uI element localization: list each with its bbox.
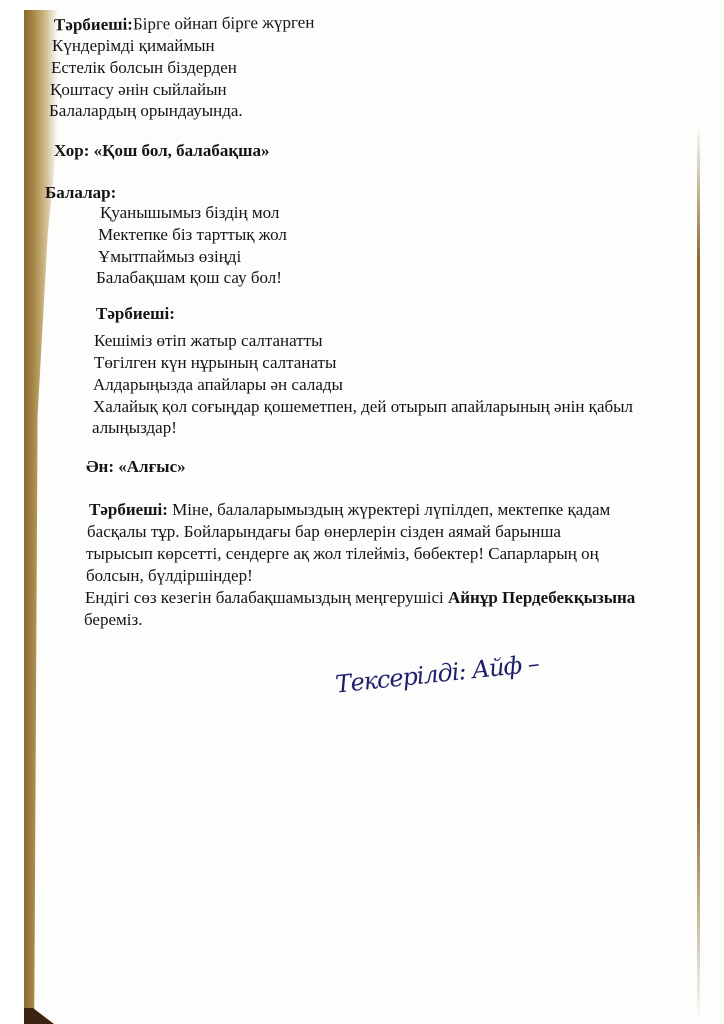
paragraph-line: Ендігі сөз кезегін балабақшамыздың меңге… — [85, 588, 635, 608]
verse-line: Тәрбиеші:Бірге ойнап бірге жүрген — [54, 13, 315, 36]
speaker-label: Тәрбиеші: — [96, 304, 175, 324]
verse-line: Ұмытпаймыз өзіңді — [98, 247, 241, 267]
chorus-heading: Хор: «Қош бол, балабақша» — [54, 141, 269, 161]
paragraph-line: береміз. — [84, 610, 142, 630]
verse-line: Қуанышымыз біздің мол — [100, 203, 279, 223]
paragraph-line: тырысып көрсетті, сендерге ақ жол тілейм… — [86, 544, 599, 564]
person-name: Айнұр Пердебекқызына — [448, 588, 635, 607]
page-edge-line — [697, 125, 700, 1020]
binding-corner — [24, 1008, 54, 1024]
paragraph-line: басқалы тұр. Бойларындағы бар өнерлерін … — [87, 522, 561, 542]
verse-line: Балабақшам қош сау бол! — [96, 268, 282, 288]
document-page: Тәрбиеші:Бірге ойнап бірге жүрген Күндер… — [0, 0, 724, 1024]
song-heading: Ән: «Алғыс» — [86, 457, 186, 477]
verse-line: Халайық қол соғыңдар қошеметпен, дей оты… — [93, 397, 633, 417]
binding-shadow — [24, 10, 58, 1024]
handwritten-signature: Тексерілді: Айф – — [334, 649, 540, 698]
speaker-label: Балалар: — [45, 183, 116, 203]
verse-line: Балалардың орындауында. — [49, 101, 243, 121]
paragraph-line: болсын, бүлдіршіндер! — [86, 566, 253, 586]
verse-line: Төгілген күн нұрының салтанаты — [94, 353, 336, 373]
verse-line: Кешіміз өтіп жатыр салтанатты — [94, 331, 323, 351]
paragraph-line: Тәрбиеші: Міне, балаларымыздың жүректері… — [89, 500, 610, 520]
speaker-label: Тәрбиеші: — [89, 500, 168, 519]
verse-line: Күндерімді қимаймын — [52, 36, 215, 56]
speaker-label: Тәрбиеші: — [54, 15, 133, 35]
verse-line: Естелік болсын біздерден — [51, 58, 237, 78]
verse-line: Қоштасу әнін сыйлайын — [50, 80, 227, 100]
verse-line: Алдарыңызда апайлары ән салады — [93, 375, 343, 395]
verse-line: алыңыздар! — [92, 418, 177, 438]
verse-line: Мектепке біз тарттық жол — [98, 225, 287, 245]
